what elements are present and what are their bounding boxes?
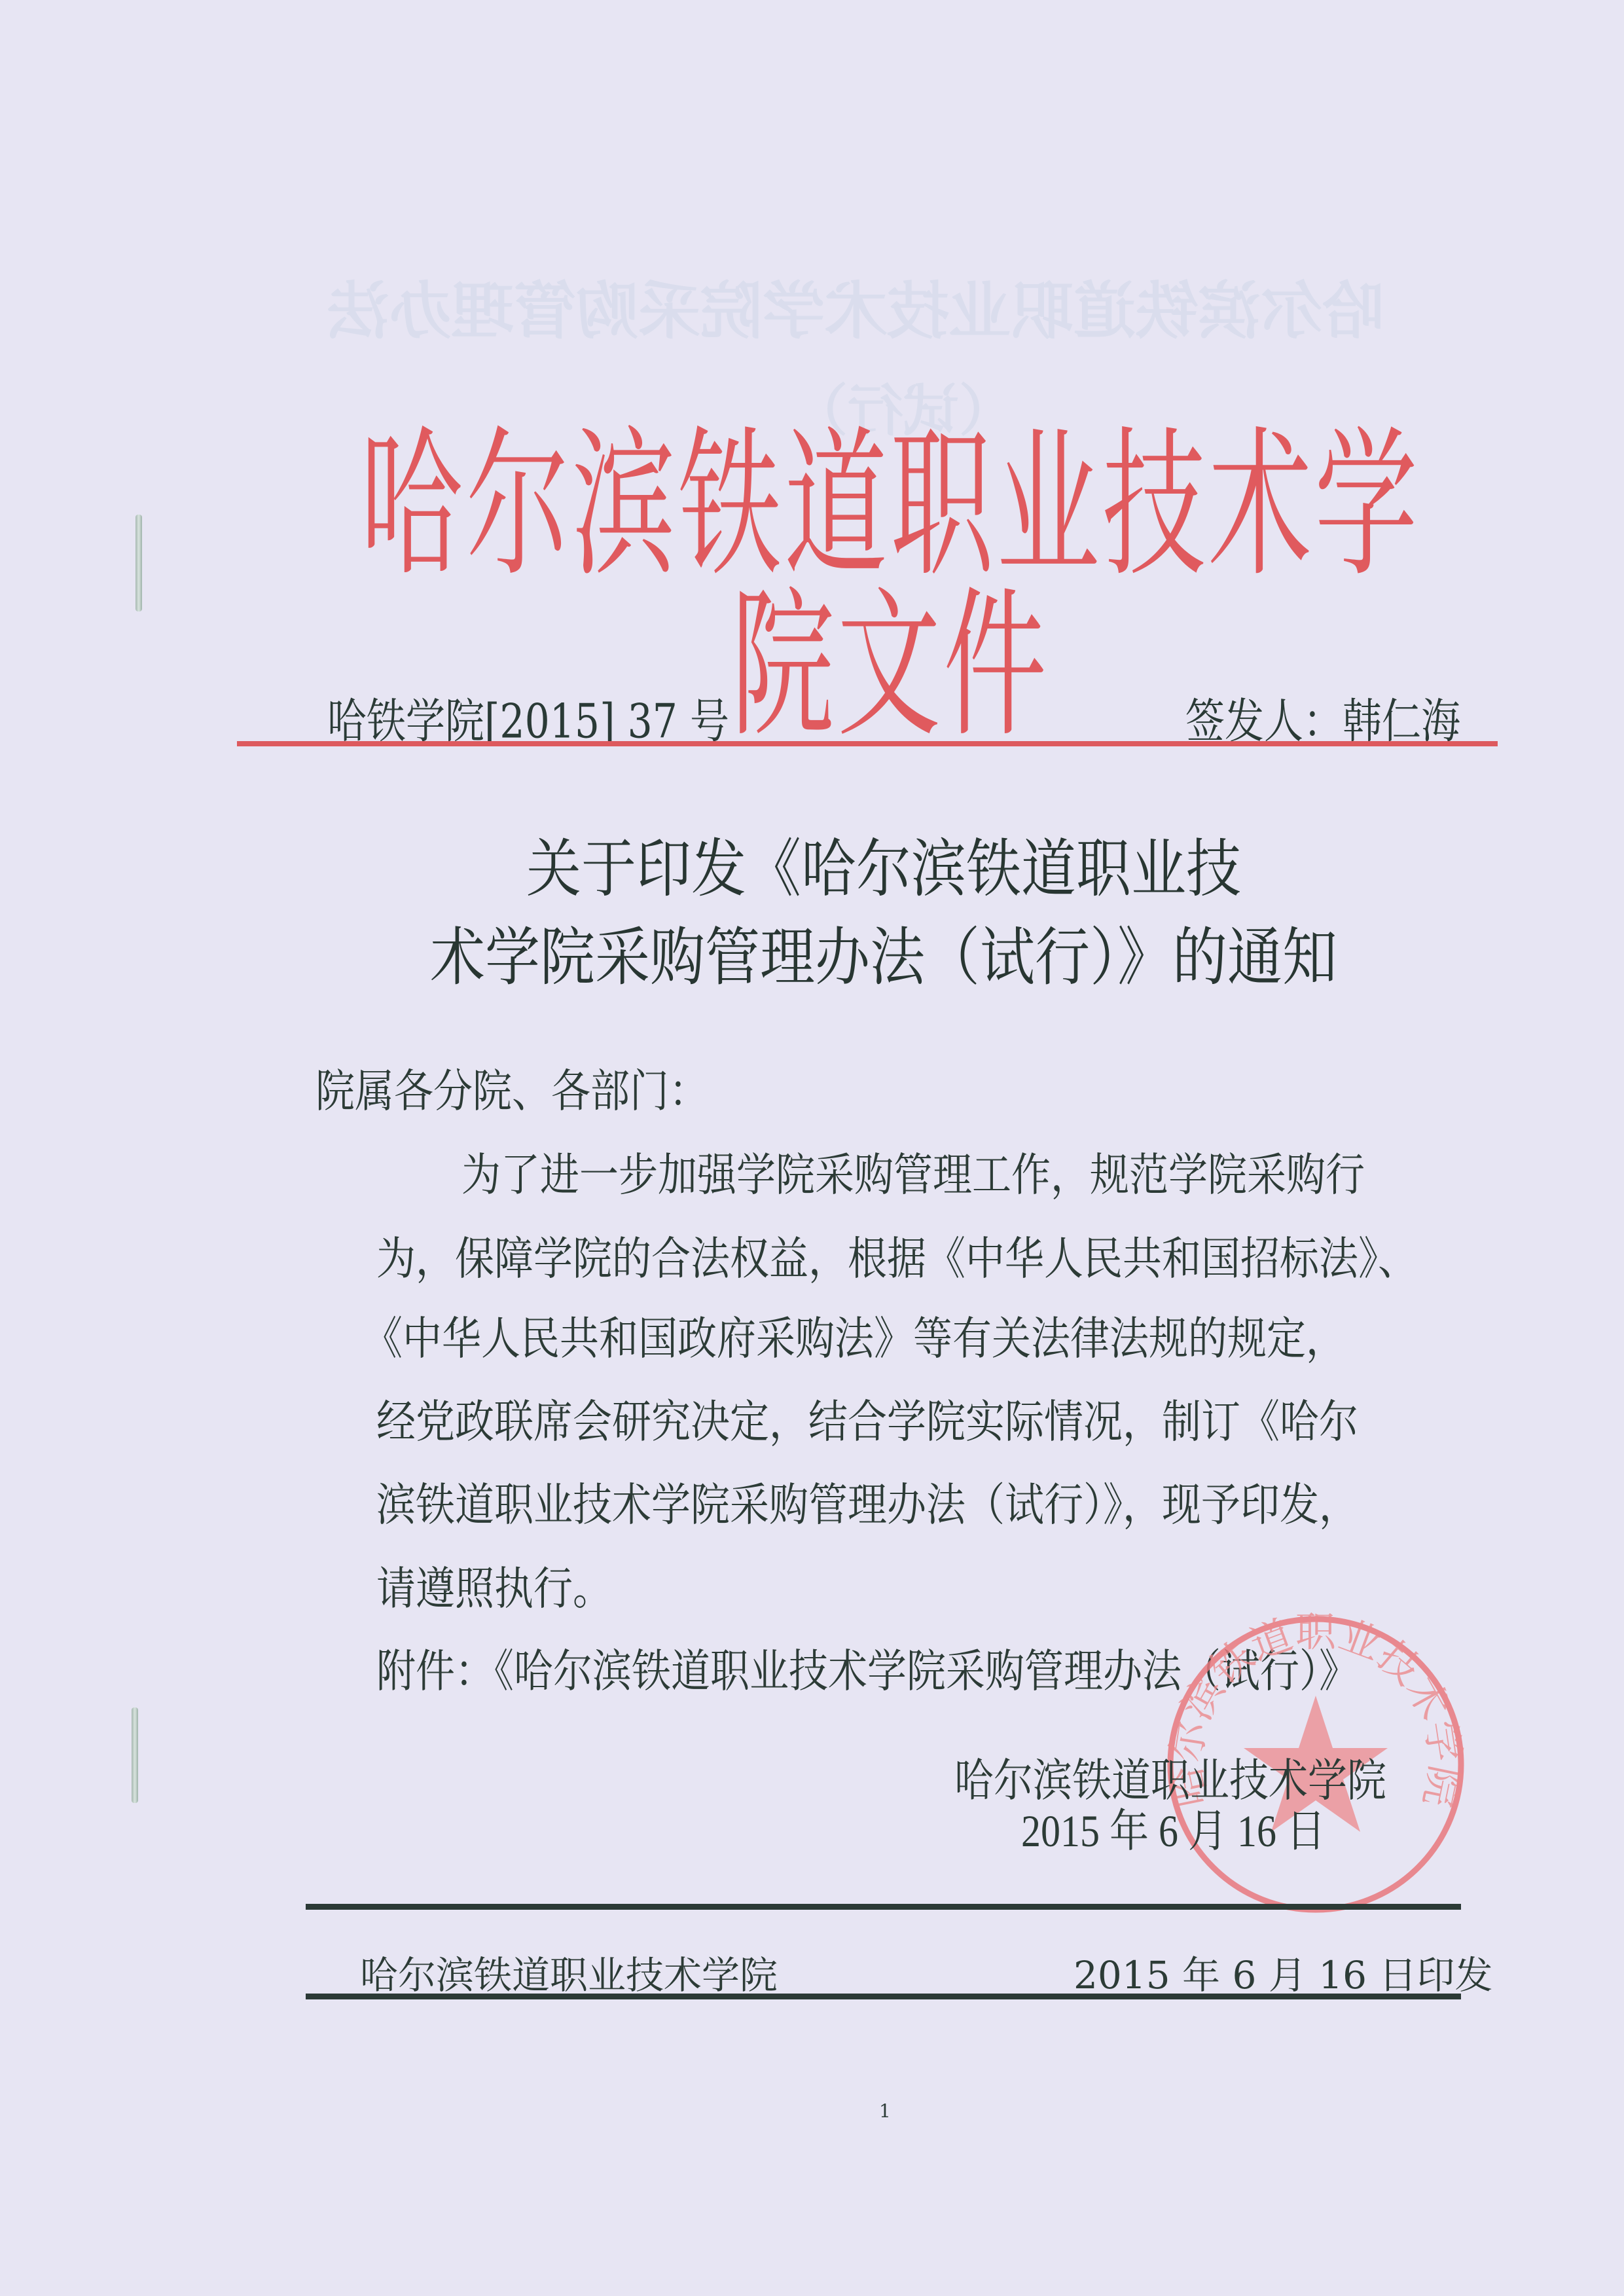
body-line-5: 滨铁道职业技术学院采购管理办法（试行）》，现予印发，: [376, 1469, 1358, 1534]
red-divider: [237, 741, 1498, 746]
notice-title-line-2: 术学院采购管理办法（试行）》的通知: [295, 907, 1473, 998]
notice-title-line-1: 关于印发《哈尔滨铁道职业技: [295, 818, 1473, 909]
footer-divider-bottom: [306, 1994, 1461, 1999]
footer-divider-top: [306, 1904, 1461, 1910]
body-line-2: 为，保障学院的合法权益，根据《中华人民共和国招标法》、: [376, 1223, 1417, 1288]
staple-top: [135, 515, 142, 611]
footer-organization: 哈尔滨铁道职业技术学院: [360, 1944, 778, 1999]
body-line-1: 为了进一步加强学院采购管理工作，规范学院采购行: [461, 1139, 1365, 1204]
bleed-through-heading: 哈尔滨铁道职业技术学院采购管理办法: [327, 262, 1384, 351]
body-line-4: 经党政联席会研究决定，结合学院实际情况，制订《哈尔: [376, 1386, 1358, 1451]
page-number: 1: [879, 2100, 891, 2122]
staple-bottom: [132, 1707, 138, 1803]
body-line-6: 请遵照执行。: [376, 1553, 612, 1618]
issue-date: 2015 年 6 月 16 日: [1021, 1795, 1326, 1860]
body-line-3: 《中华人民共和国政府采购法》等有关法律法规的规定，: [363, 1303, 1345, 1368]
recipient-line: 院属各分院、各部门：: [316, 1055, 708, 1120]
footer-print-date: 2015 年 6 月 16 日印发: [1074, 1944, 1493, 1999]
